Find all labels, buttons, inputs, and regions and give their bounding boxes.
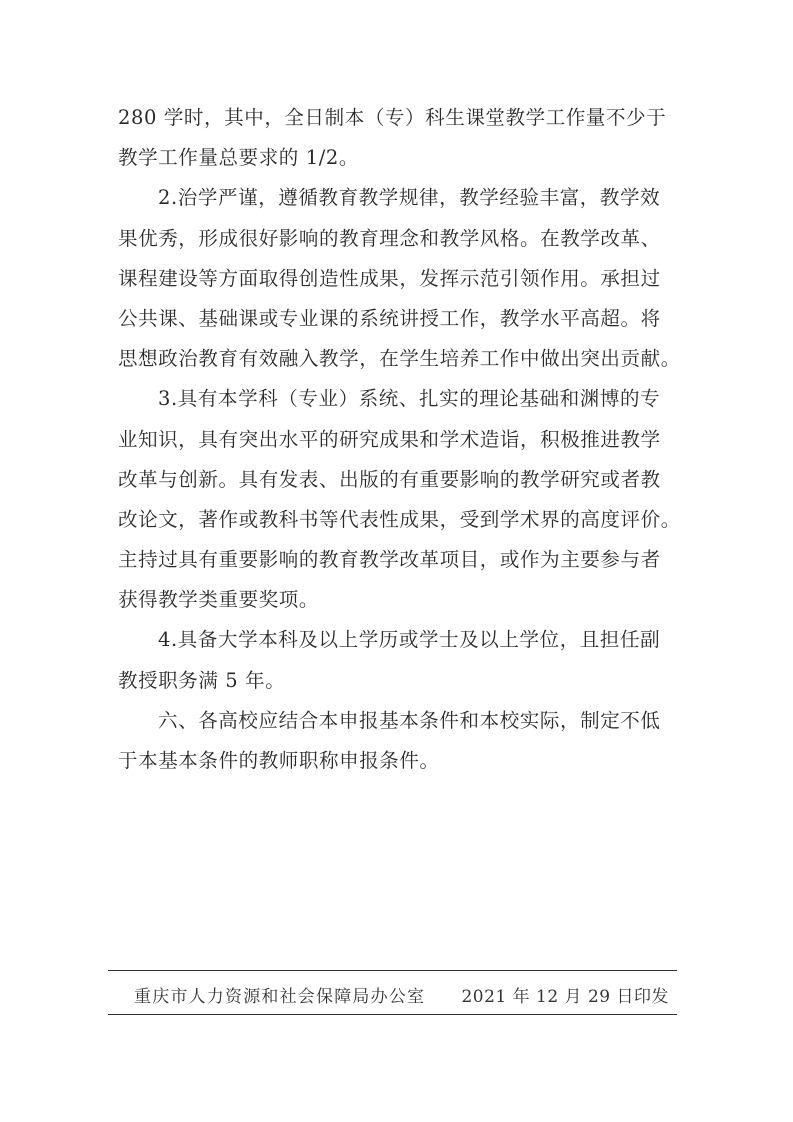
paragraph-section-6: 六、各高校应结合本申报基本条件和本校实际，制定不低 于本基本条件的教师职称申报条… xyxy=(118,701,683,781)
document-page: 280 学时，其中，全日制本（专）科生课堂教学工作量不少于 教学工作量总要求的 … xyxy=(0,0,793,1122)
text-line: 思想政治教育有效融入教学，在学生培养工作中做出突出贡献。 xyxy=(118,339,683,379)
paragraph-item-2: 2.治学严谨，遵循教育教学规律，教学经验丰富，教学效 果优秀，形成很好影响的教育… xyxy=(118,178,683,379)
text-line: 业知识，具有突出水平的研究成果和学术造诣，积极推进教学 xyxy=(118,420,683,460)
issuance-footer: 重庆市人力资源和社会保障局办公室 2021 年 12 月 29 日印发 xyxy=(108,970,677,1015)
text-line: 于本基本条件的教师职称申报条件。 xyxy=(118,741,683,781)
text-line: 改革与创新。具有发表、出版的有重要影响的教学研究或者教 xyxy=(118,460,683,500)
text-line: 2.治学严谨，遵循教育教学规律，教学经验丰富，教学效 xyxy=(118,178,683,218)
text-line: 获得教学类重要奖项。 xyxy=(118,580,683,620)
paragraph-item-3: 3.具有本学科（专业）系统、扎实的理论基础和渊博的专 业知识，具有突出水平的研究… xyxy=(118,379,683,620)
paragraph-continuation: 280 学时，其中，全日制本（专）科生课堂教学工作量不少于 教学工作量总要求的 … xyxy=(118,98,683,178)
text-line: 教授职务满 5 年。 xyxy=(118,661,683,701)
text-line: 改论文，著作或教科书等代表性成果，受到学术界的高度评价。 xyxy=(118,500,683,540)
print-date: 2021 年 12 月 29 日印发 xyxy=(461,982,669,1007)
text-line: 果优秀，形成很好影响的教育理念和教学风格。在教学改革、 xyxy=(118,219,683,259)
text-line: 3.具有本学科（专业）系统、扎实的理论基础和渊博的专 xyxy=(118,379,683,419)
text-line: 280 学时，其中，全日制本（专）科生课堂教学工作量不少于 xyxy=(118,98,683,138)
text-line: 4.具备大学本科及以上学历或学士及以上学位，且担任副 xyxy=(118,620,683,660)
document-body: 280 学时，其中，全日制本（专）科生课堂教学工作量不少于 教学工作量总要求的 … xyxy=(118,98,683,781)
text-line: 课程建设等方面取得创造性成果，发挥示范引领作用。承担过 xyxy=(118,259,683,299)
text-line: 六、各高校应结合本申报基本条件和本校实际，制定不低 xyxy=(118,701,683,741)
text-line: 公共课、基础课或专业课的系统讲授工作，教学水平高超。将 xyxy=(118,299,683,339)
paragraph-item-4: 4.具备大学本科及以上学历或学士及以上学位，且担任副 教授职务满 5 年。 xyxy=(118,620,683,700)
issuer-name: 重庆市人力资源和社会保障局办公室 xyxy=(134,982,425,1007)
text-line: 教学工作量总要求的 1/2。 xyxy=(118,138,683,178)
text-line: 主持过具有重要影响的教育教学改革项目，或作为主要参与者 xyxy=(118,540,683,580)
